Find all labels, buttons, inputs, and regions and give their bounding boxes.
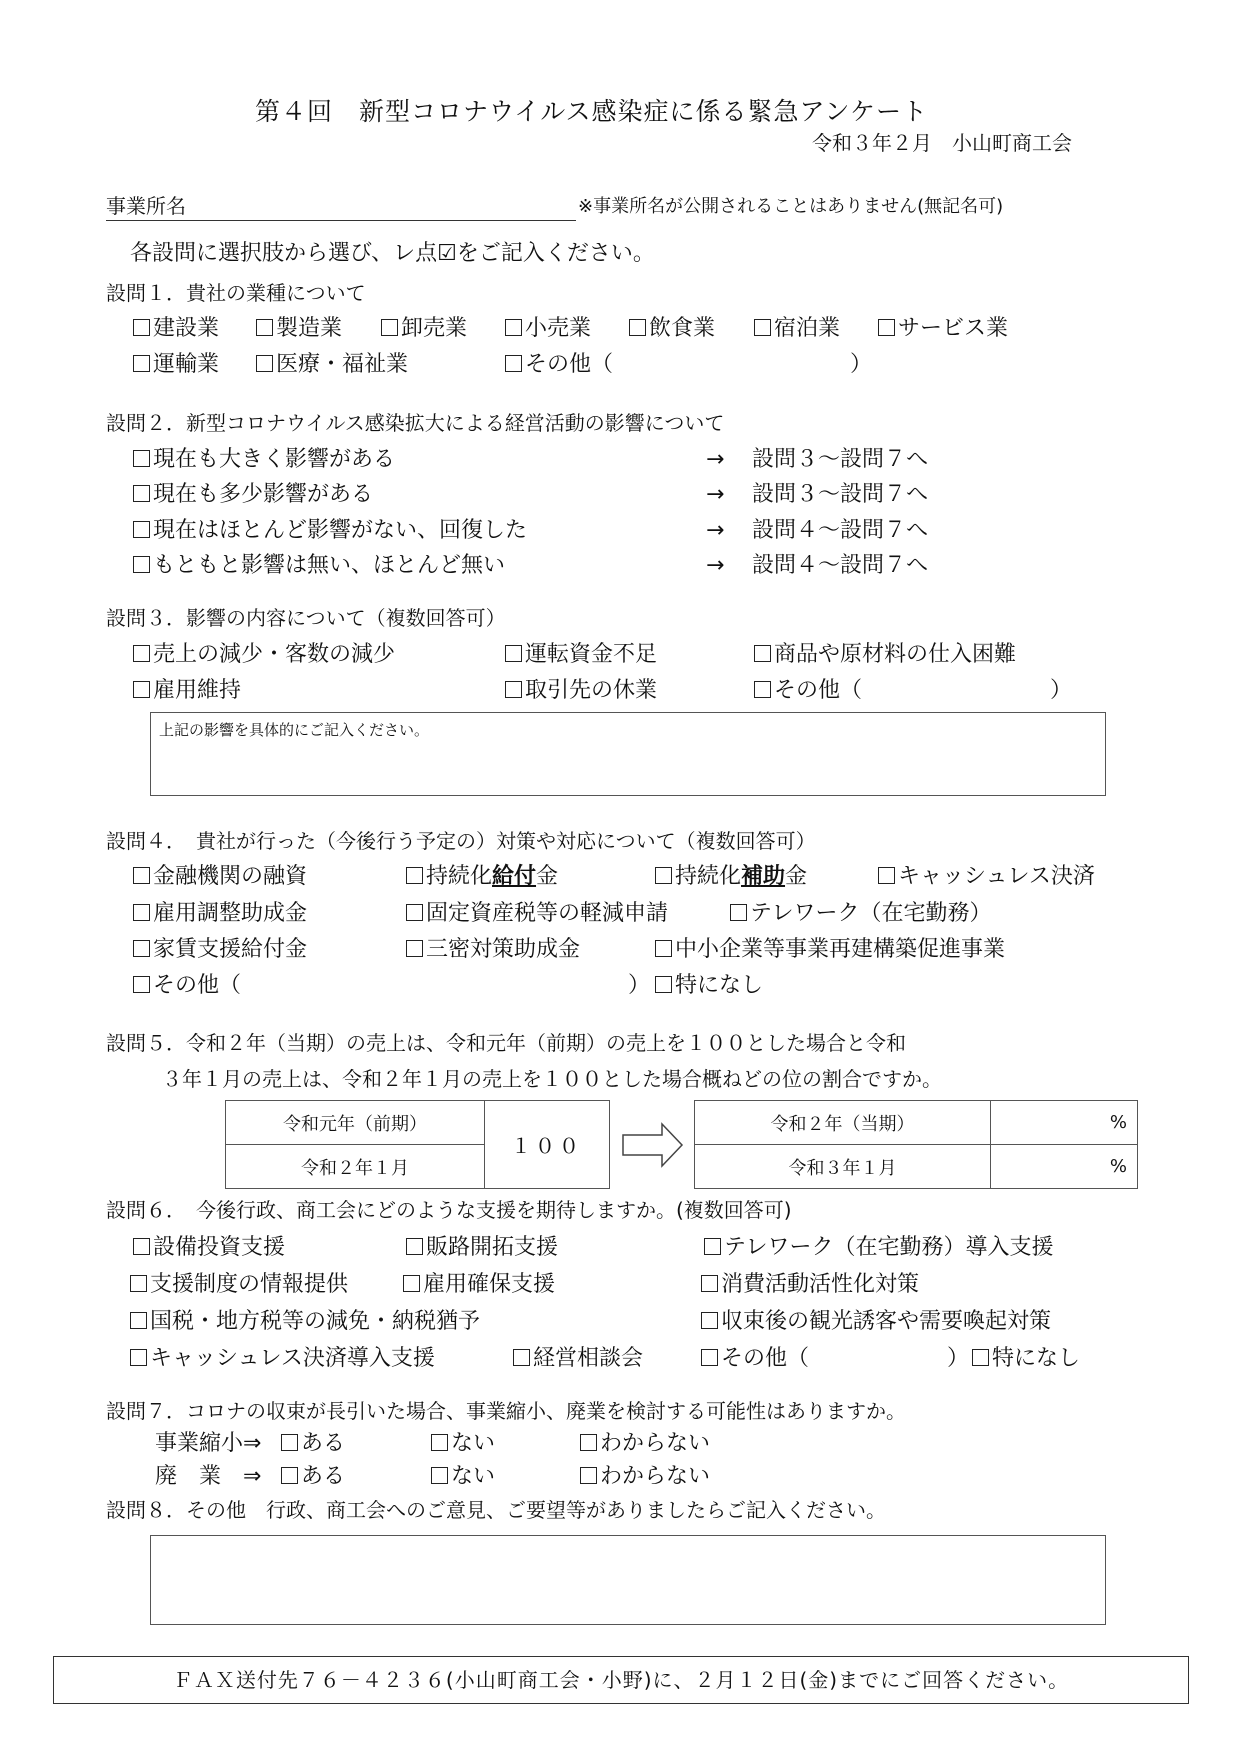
fax-instruction-text: ＦＡＸ送付先７６－４２３６(小山町商工会・小野)に、２月１２日(金)までにご回答… (54, 1657, 1188, 1703)
q1-option-service[interactable]: サービス業 (878, 315, 1008, 343)
q3-option-partner-closure[interactable]: 取引先の休業 (505, 677, 657, 705)
checkbox[interactable] (133, 904, 150, 921)
current-month-percent-input[interactable]: % (991, 1145, 1138, 1189)
checkbox[interactable] (754, 645, 771, 662)
checkbox[interactable] (133, 556, 150, 573)
q6-option-market-development[interactable]: 販路開拓支援 (406, 1234, 558, 1262)
q2-option-2[interactable]: 現在も多少影響がある (133, 481, 373, 509)
checkbox[interactable] (133, 867, 150, 884)
q2-option-3[interactable]: 現在はほとんど影響がない、回復した (133, 517, 527, 545)
base-value: １００ (484, 1101, 609, 1189)
fax-instruction-box: ＦＡＸ送付先７６－４２３６(小山町商工会・小野)に、２月１２日(金)までにご回答… (53, 1656, 1189, 1704)
q4-option-telework[interactable]: テレワーク（在宅勤務） (730, 900, 992, 928)
checkbox[interactable] (381, 319, 398, 336)
q6-title: 設問６． 今後行政、商工会にどのような支援を期待しますか。(複数回答可) (106, 1197, 792, 1223)
q1-option-transport[interactable]: 運輸業 (133, 351, 219, 379)
q8-comments-textarea[interactable] (150, 1535, 1106, 1625)
base-year-table: 令和元年（前期） １００ 令和２年１月 (225, 1100, 610, 1189)
q3-option-other[interactable]: その他（ (754, 677, 862, 705)
checkbox[interactable] (281, 1434, 298, 1451)
checkbox[interactable] (431, 1434, 448, 1451)
checkbox[interactable] (130, 1349, 147, 1366)
arrow-icon: → (706, 481, 724, 509)
q7-reduction-yes[interactable]: ある (281, 1430, 345, 1458)
q1-option-other[interactable]: その他（ (505, 351, 613, 379)
q7-reduction-label: 事業縮小⇒ (155, 1430, 261, 1458)
q5-title-line2: ３年１月の売上は、令和２年１月の売上を１００とした場合概ねどの位の割合ですか。 (162, 1066, 942, 1092)
q4-title: 設問４． 貴社が行った（今後行う予定の）対策や対応について（複数回答可） (106, 828, 816, 854)
date-organization: 令和３年２月 小山町商工会 (812, 130, 1072, 156)
q1-option-wholesale[interactable]: 卸売業 (381, 315, 467, 343)
checkbox[interactable] (133, 450, 150, 467)
q3-detail-textarea[interactable]: 上記の影響を具体的にご記入ください。 (150, 712, 1106, 796)
q7-closure-yes[interactable]: ある (281, 1463, 345, 1491)
checkbox[interactable] (878, 319, 895, 336)
q3-option-sales-decrease[interactable]: 売上の減少・客数の減少 (133, 641, 395, 669)
checkbox[interactable] (701, 1312, 718, 1329)
current-year-table: 令和２年（当期） % 令和３年１月 % (694, 1100, 1138, 1189)
q7-reduction-no[interactable]: ない (431, 1430, 495, 1458)
q4-option-continuation-subsidy[interactable]: 持続化補助金 (655, 863, 807, 891)
q1-option-restaurant[interactable]: 飲食業 (629, 315, 715, 343)
checkbox[interactable] (580, 1467, 597, 1484)
q4-option-none[interactable]: 特になし (655, 972, 763, 1000)
q2-title: 設問２．新型コロナウイルス感染拡大による経営活動の影響について (106, 410, 724, 436)
checkbox[interactable] (972, 1349, 989, 1366)
current-period-label: 令和２年（当期） (695, 1101, 991, 1145)
checkbox[interactable] (730, 904, 747, 921)
q7-title: 設問７．コロナの収束が長引いた場合、事業縮小、廃業を検討する可能性はありますか。 (106, 1398, 906, 1424)
checkbox[interactable] (406, 904, 423, 921)
q4-other-close-paren: ） (628, 972, 650, 1000)
base-month-label: 令和２年１月 (226, 1145, 485, 1189)
q4-option-other[interactable]: その他（ (133, 972, 241, 1000)
checkbox[interactable] (701, 1349, 718, 1366)
q1-other-close-paren: ） (850, 351, 872, 379)
q5-title-line1: 設問５．令和２年（当期）の売上は、令和元年（前期）の売上を１００とした場合と令和 (106, 1030, 906, 1056)
checkbox[interactable] (655, 867, 672, 884)
arrow-icon: → (706, 552, 724, 580)
q4-option-three-cs-subsidy[interactable]: 三密対策助成金 (406, 936, 580, 964)
checkbox[interactable] (704, 1238, 721, 1255)
q8-title: 設問８．その他 行政、商工会へのご意見、ご要望等がありましたらご記入ください。 (106, 1497, 886, 1523)
q1-option-construction[interactable]: 建設業 (133, 315, 219, 343)
checkbox[interactable] (133, 681, 150, 698)
checkbox[interactable] (130, 1275, 147, 1292)
checkbox[interactable] (629, 319, 646, 336)
q3-textarea-hint: 上記の影響を具体的にご記入ください。 (159, 720, 429, 740)
q6-option-other[interactable]: その他（ (701, 1345, 809, 1373)
q1-option-retail[interactable]: 小売業 (505, 315, 591, 343)
q6-option-employment-support[interactable]: 雇用確保支援 (403, 1271, 555, 1299)
current-period-percent-input[interactable]: % (991, 1101, 1138, 1145)
checkbox[interactable] (701, 1275, 718, 1292)
checkbox[interactable] (133, 319, 150, 336)
current-month-label: 令和３年１月 (695, 1145, 991, 1189)
q4-option-bank-loan[interactable]: 金融機関の融資 (133, 863, 307, 891)
checkbox[interactable] (403, 1275, 420, 1292)
page-title: 第４回 新型コロナウイルス感染症に係る緊急アンケート (255, 92, 928, 128)
q7-closure-label: 廃 業 ⇒ (155, 1463, 261, 1491)
q6-option-consultation[interactable]: 経営相談会 (513, 1345, 643, 1373)
q2-option-4[interactable]: もともと影響は無い、ほとんど無い (133, 552, 505, 580)
checkbox[interactable] (505, 681, 522, 698)
q7-closure-unknown[interactable]: わからない (580, 1463, 710, 1491)
q6-option-telework-support[interactable]: テレワーク（在宅勤務）導入支援 (704, 1234, 1054, 1262)
checkbox[interactable] (406, 940, 423, 957)
checkbox[interactable] (256, 355, 273, 372)
q4-option-sme-restructuring[interactable]: 中小企業等事業再建構築促進事業 (655, 936, 1005, 964)
q6-option-cashless-support[interactable]: キャッシュレス決済導入支援 (130, 1345, 435, 1373)
q7-closure-no[interactable]: ない (431, 1463, 495, 1491)
checkbox[interactable] (133, 1238, 150, 1255)
checkbox[interactable] (256, 319, 273, 336)
q4-option-rent-support[interactable]: 家賃支援給付金 (133, 936, 307, 964)
q3-other-close-paren: ） (1050, 677, 1072, 705)
q2-goto-3: 設問４～設問７へ (752, 517, 928, 545)
arrow-icon: → (706, 446, 724, 474)
q4-option-employment-subsidy[interactable]: 雇用調整助成金 (133, 900, 307, 928)
q6-option-tourism-demand[interactable]: 収束後の観光誘客や需要喚起対策 (701, 1308, 1051, 1336)
instruction-text: 各設問に選択肢から選び、レ点☑をご記入ください。 (130, 240, 655, 268)
q6-option-consumption-stimulus[interactable]: 消費活動活性化対策 (701, 1271, 919, 1299)
checkbox[interactable] (655, 940, 672, 957)
checkbox[interactable] (133, 645, 150, 662)
checkbox[interactable] (754, 319, 771, 336)
checkbox[interactable] (133, 485, 150, 502)
q3-option-employment[interactable]: 雇用維持 (133, 677, 241, 705)
checkbox[interactable] (431, 1467, 448, 1484)
checkbox[interactable] (133, 355, 150, 372)
company-name-label: 事業所名 (106, 194, 186, 218)
q3-title: 設問３．影響の内容について（複数回答可） (106, 605, 506, 631)
q6-option-none[interactable]: 特になし (972, 1345, 1080, 1373)
q7-reduction-unknown[interactable]: わからない (580, 1430, 710, 1458)
q1-option-manufacturing[interactable]: 製造業 (256, 315, 342, 343)
checkbox[interactable] (133, 976, 150, 993)
checkbox[interactable] (133, 521, 150, 538)
q6-option-tax-relief[interactable]: 国税・地方税等の減免・納税猶予 (130, 1308, 480, 1336)
checkbox[interactable] (406, 867, 423, 884)
checkbox[interactable] (281, 1467, 298, 1484)
q2-goto-1: 設問３～設問７へ (752, 446, 928, 474)
arrow-icon: → (706, 517, 724, 545)
q4-option-cashless[interactable]: キャッシュレス決済 (878, 863, 1095, 891)
q3-option-procurement[interactable]: 商品や原材料の仕入困難 (754, 641, 1016, 669)
q4-option-continuation-benefit[interactable]: 持続化給付金 (406, 863, 558, 891)
checkbox[interactable] (505, 319, 522, 336)
q3-option-funds-shortage[interactable]: 運転資金不足 (505, 641, 657, 669)
q6-option-capital-investment[interactable]: 設備投資支援 (133, 1234, 285, 1262)
company-name-field[interactable]: 事業所名 (106, 193, 576, 221)
checkbox[interactable] (655, 976, 672, 993)
q2-goto-2: 設問３～設問７へ (752, 481, 928, 509)
checkbox[interactable] (505, 355, 522, 372)
q2-goto-4: 設問４～設問７へ (752, 552, 928, 580)
checkbox[interactable] (133, 940, 150, 957)
q6-option-info-provision[interactable]: 支援制度の情報提供 (130, 1271, 348, 1299)
anonymity-note: ※事業所名が公開されることはありません(無記名可) (578, 195, 1003, 219)
checkbox[interactable] (754, 681, 771, 698)
checkbox[interactable] (130, 1312, 147, 1329)
checkbox[interactable] (513, 1349, 530, 1366)
base-period-label: 令和元年（前期） (226, 1101, 485, 1145)
q2-option-1[interactable]: 現在も大きく影響がある (133, 446, 395, 474)
right-arrow-icon (622, 1122, 684, 1172)
checkbox[interactable] (878, 867, 895, 884)
checkbox[interactable] (406, 1238, 423, 1255)
q1-option-lodging[interactable]: 宿泊業 (754, 315, 840, 343)
q6-other-close-paren: ） (947, 1345, 969, 1373)
checkbox[interactable] (505, 645, 522, 662)
checkbox[interactable] (580, 1434, 597, 1451)
q1-option-medical-welfare[interactable]: 医療・福祉業 (256, 351, 408, 379)
q4-option-property-tax[interactable]: 固定資産税等の軽減申請 (406, 900, 668, 928)
q1-title: 設問１．貴社の業種について (106, 280, 366, 306)
